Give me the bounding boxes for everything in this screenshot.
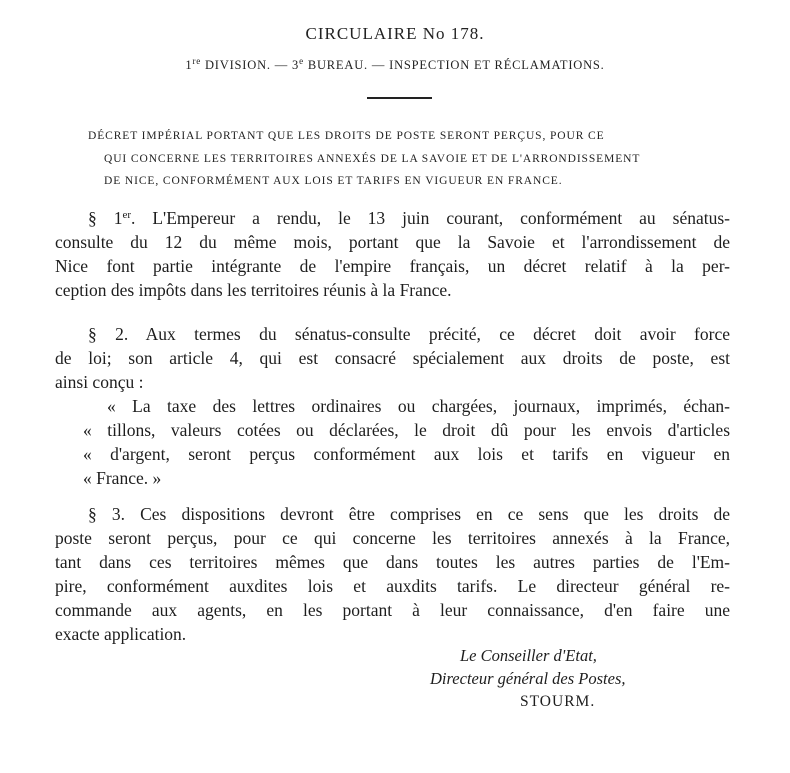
- paragraph-line: commande aux agents, en les portant à le…: [55, 598, 730, 622]
- paragraph-line: de loi; son article 4, qui est consacré …: [55, 346, 730, 370]
- signatory-title: Le Conseiller d'Etat,: [460, 644, 597, 667]
- quoted-line: « tillons, valeurs cotées ou déclarées, …: [55, 418, 730, 442]
- header-dash: —: [275, 58, 288, 72]
- summary-line: QUI CONCERNE LES TERRITOIRES ANNEXÉS DE …: [104, 148, 738, 171]
- paragraph-line: § 3. Ces dispositions devront être compr…: [55, 502, 730, 526]
- signatory-name: STOURM.: [520, 690, 595, 713]
- paragraph-3: § 3. Ces dispositions devront être compr…: [55, 502, 730, 646]
- paragraph-line: § 1er. L'Empereur a rendu, le 13 juin co…: [55, 206, 730, 230]
- paragraph-line: poste seront perçus, pour ce qui concern…: [55, 526, 730, 550]
- section-mark: § 3.: [88, 504, 125, 524]
- paragraph-line: tant dans ces territoires mêmes que dans…: [55, 550, 730, 574]
- paragraph-line: pire, conformément auxdites lois et auxd…: [55, 574, 730, 598]
- division-header: 1re DIVISION. — 3e BUREAU. — INSPECTION …: [0, 58, 790, 73]
- circular-title: CIRCULAIRE No 178.: [0, 24, 790, 44]
- paragraph-text: Ces dispositions devront être comprises …: [125, 504, 730, 524]
- bureau-suffix: e: [299, 56, 304, 66]
- paragraph-line: § 2. Aux termes du sénatus-consulte préc…: [55, 322, 730, 346]
- section-mark: § 2.: [88, 324, 128, 344]
- decree-summary: DÉCRET IMPÉRIAL PORTANT QUE LES DROITS D…: [88, 125, 738, 193]
- separator-rule: [367, 97, 432, 99]
- summary-line: DE NICE, CONFORMÉMENT AUX LOIS ET TARIFS…: [104, 170, 738, 193]
- paragraph-line: ainsi conçu :: [55, 370, 730, 394]
- paragraph-1: § 1er. L'Empereur a rendu, le 13 juin co…: [55, 206, 730, 302]
- signatory-role: Directeur général des Postes,: [430, 667, 626, 690]
- paragraph-line: ception des impôts dans les territoires …: [55, 278, 730, 302]
- paragraph-line: exacte application.: [55, 622, 730, 646]
- section-suffix: er: [122, 209, 131, 221]
- division-suffix: re: [192, 56, 201, 66]
- paragraph-line: consulte du 12 du même mois, portant que…: [55, 230, 730, 254]
- bureau-label: BUREAU.: [308, 58, 368, 72]
- document-page: CIRCULAIRE No 178. 1re DIVISION. — 3e BU…: [0, 0, 790, 773]
- paragraph-text: Aux termes du sénatus-consulte précité, …: [128, 324, 730, 344]
- header-dash: —: [372, 58, 385, 72]
- section-label: INSPECTION ET RÉCLAMATIONS.: [389, 58, 604, 72]
- quoted-line: « France. »: [55, 466, 730, 490]
- section-mark: § 1: [88, 208, 122, 228]
- paragraph-line: Nice font partie intégrante de l'empire …: [55, 254, 730, 278]
- summary-line: DÉCRET IMPÉRIAL PORTANT QUE LES DROITS D…: [88, 125, 738, 148]
- quoted-line: « d'argent, seront perçus conformément a…: [55, 442, 730, 466]
- quoted-line: « La taxe des lettres ordinaires ou char…: [55, 394, 730, 418]
- paragraph-2: § 2. Aux termes du sénatus-consulte préc…: [55, 322, 730, 490]
- paragraph-text: . L'Empereur a rendu, le 13 juin courant…: [131, 208, 730, 228]
- division-label: DIVISION.: [205, 58, 271, 72]
